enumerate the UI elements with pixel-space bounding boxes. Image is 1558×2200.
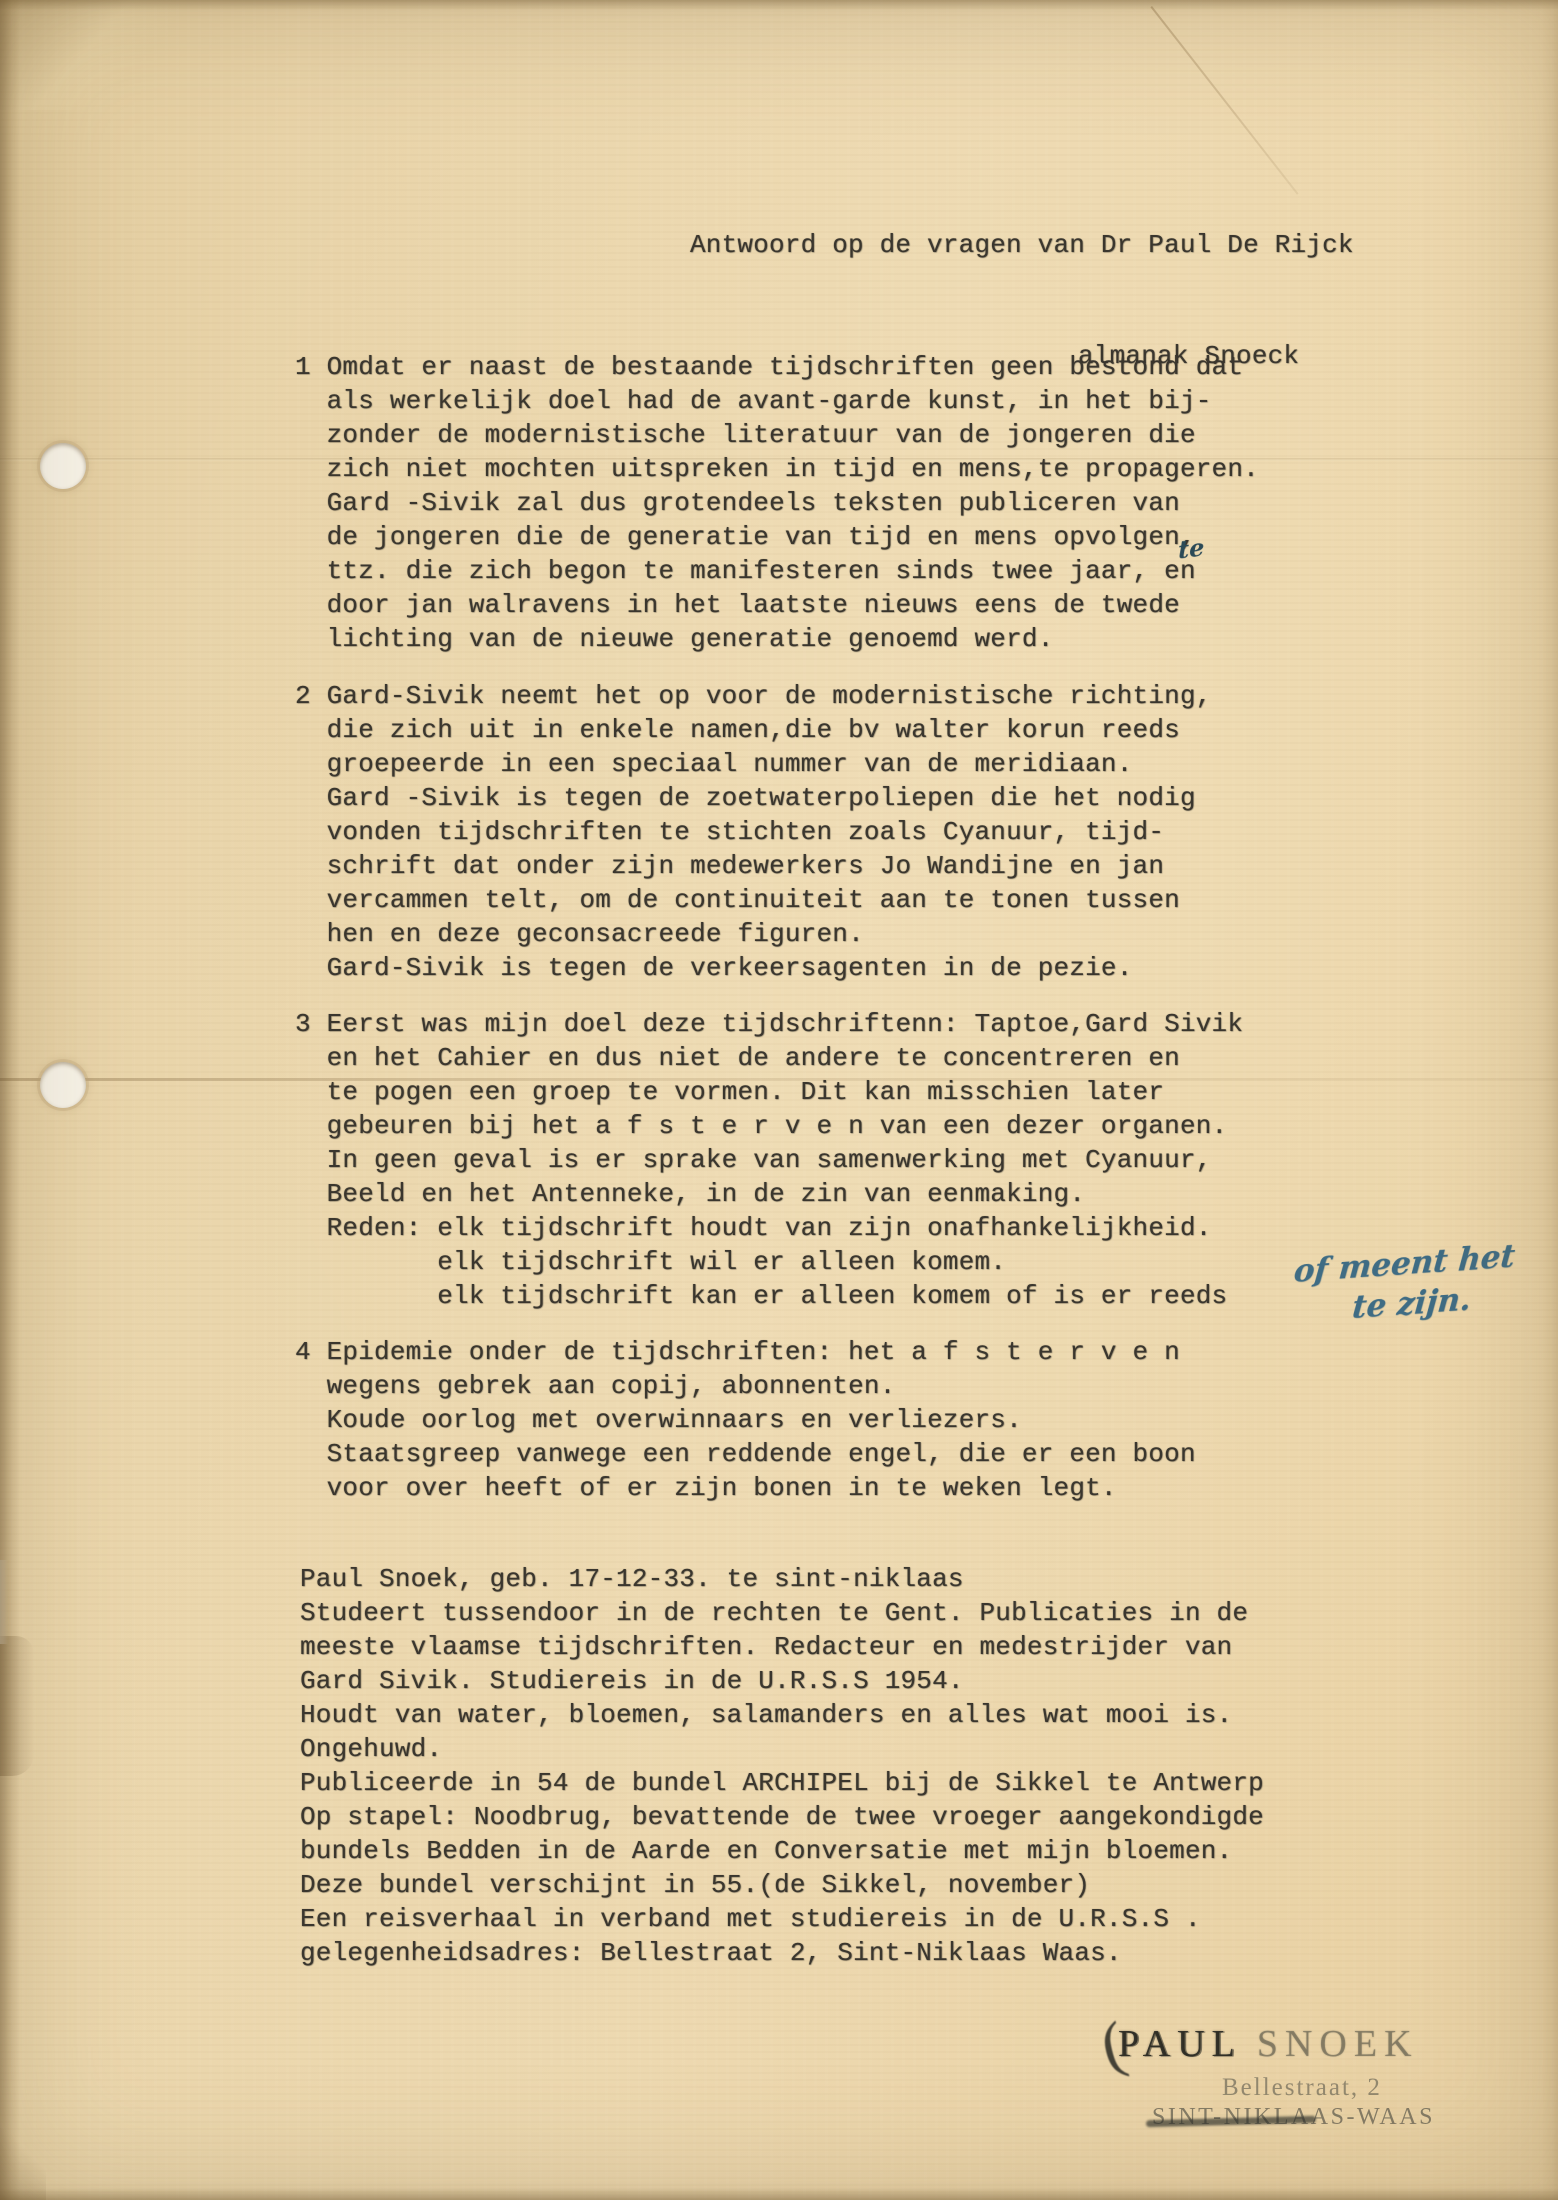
stamp-last-name: SNOEK xyxy=(1257,2023,1419,2065)
handwritten-insertion-te: te xyxy=(1178,532,1205,564)
text-line: lichting van de nieuwe generatie genoemd… xyxy=(295,622,1259,656)
paragraph-1: 1 Omdat er naast de bestaande tijdschrif… xyxy=(295,350,1259,656)
stamp-city-line: SINT-NIKLAAS-WAAS xyxy=(1152,2104,1498,2131)
text-line: Studeert tussendoor in de rechten te Gen… xyxy=(300,1596,1264,1630)
text-line: te pogen een groep te vormen. Dit kan mi… xyxy=(295,1075,1243,1109)
text-line: en het Cahier en dus niet de andere te c… xyxy=(295,1041,1243,1075)
text-line: Paul Snoek, geb. 17-12-33. te sint-nikla… xyxy=(300,1562,1264,1596)
paragraph-2: 2 Gard-Sivik neemt het op voor de modern… xyxy=(295,679,1212,985)
document-page: Antwoord op de vragen van Dr Paul De Rij… xyxy=(0,0,1558,2200)
text-line: als werkelijk doel had de avant-garde ku… xyxy=(295,384,1259,418)
stamp-street-line: Bellestraat, 2 xyxy=(1222,2074,1498,2102)
text-line: Publiceerde in 54 de bundel ARCHIPEL bij… xyxy=(300,1766,1264,1800)
punch-hole-bottom xyxy=(40,1062,86,1108)
fold-crease-top-left xyxy=(0,0,230,110)
bottom-edge-shadow xyxy=(0,2188,1558,2200)
stamp-name-line: PAUL SNOEK xyxy=(1118,2022,1498,2066)
text-line: bundels Bedden in de Aarde en Conversati… xyxy=(300,1834,1264,1868)
text-line: Deze bundel verschijnt in 55.(de Sikkel,… xyxy=(300,1868,1264,1902)
text-line: hen en deze geconsacreede figuren. xyxy=(295,917,1212,951)
text-line: die zich uit in enkele namen,die bv walt… xyxy=(295,713,1212,747)
text-line: gebeuren bij het a f s t e r v e n van e… xyxy=(295,1109,1243,1143)
text-line: Ongehuwd. xyxy=(300,1732,1264,1766)
text-line: vonden tijdschriften te stichten zoals C… xyxy=(295,815,1212,849)
text-line: zonder de modernistische literatuur van … xyxy=(295,418,1259,452)
text-line: zich niet mochten uitspreken in tijd en … xyxy=(295,452,1259,486)
text-line: Op stapel: Noodbrug, bevattende de twee … xyxy=(300,1800,1264,1834)
paragraph-4: 4 Epidemie onder de tijdschriften: het a… xyxy=(295,1335,1196,1505)
text-line: Gard Sivik. Studiereis in de U.R.S.S 195… xyxy=(300,1664,1264,1698)
paragraph-3: 3 Eerst was mijn doel deze tijdschriften… xyxy=(295,1007,1243,1313)
text-line: Een reisverhaal in verband met studierei… xyxy=(300,1902,1264,1936)
text-line: In geen geval is er sprake van samenwerk… xyxy=(295,1143,1243,1177)
text-line: Koude oorlog met overwinnaars en verliez… xyxy=(295,1403,1196,1437)
text-line: schrift dat onder zijn medewerkers Jo Wa… xyxy=(295,849,1212,883)
text-line: 2 Gard-Sivik neemt het op voor de modern… xyxy=(295,679,1212,713)
text-line: Staatsgreep vanwege een reddende engel, … xyxy=(295,1437,1196,1471)
text-line: vercammen telt, om de continuiteit aan t… xyxy=(295,883,1212,917)
text-line: Gard -Sivik zal dus grotendeels teksten … xyxy=(295,486,1259,520)
text-line: elk tijdschrift kan er alleen komem of i… xyxy=(295,1279,1243,1313)
handwritten-annotation: of meent het te zijn. xyxy=(1289,1236,1517,1332)
address-stamp: ( PAUL SNOEK Bellestraat, 2 SINT-NIKLAAS… xyxy=(1118,2022,1498,2131)
header-line-1: Antwoord op de vragen van Dr Paul De Rij… xyxy=(690,227,1354,264)
text-line: Beeld en het Antenneke, in de zin van ee… xyxy=(295,1177,1243,1211)
text-line: de jongeren die de generatie van tijd en… xyxy=(295,520,1259,554)
text-line: 4 Epidemie onder de tijdschriften: het a… xyxy=(295,1335,1196,1369)
text-line: groepeerde in een speciaal nummer van de… xyxy=(295,747,1212,781)
text-line: Reden: elk tijdschrift houdt van zijn on… xyxy=(295,1211,1243,1245)
biography-section: Paul Snoek, geb. 17-12-33. te sint-nikla… xyxy=(300,1562,1264,1970)
text-line: 1 Omdat er naast de bestaande tijdschrif… xyxy=(295,350,1259,384)
text-line: elk tijdschrift wil er alleen komem. xyxy=(295,1245,1243,1279)
left-edge-shadow xyxy=(0,0,20,2200)
stamp-first-name: PAUL xyxy=(1118,2023,1240,2065)
text-line: wegens gebrek aan copij, abonnenten. xyxy=(295,1369,1196,1403)
text-line: voor over heeft of er zijn bonen in te w… xyxy=(295,1471,1196,1505)
punch-hole-top xyxy=(40,443,86,489)
text-line: 3 Eerst was mijn doel deze tijdschriften… xyxy=(295,1007,1243,1041)
text-line: Gard -Sivik is tegen de zoetwaterpoliepe… xyxy=(295,781,1212,815)
top-edge-shadow xyxy=(0,0,1558,10)
text-line: Houdt van water, bloemen, salamanders en… xyxy=(300,1698,1264,1732)
text-line: ttz. die zich begon te manifesteren sind… xyxy=(295,554,1259,588)
text-line: Gard-Sivik is tegen de verkeersagenten i… xyxy=(295,951,1212,985)
text-line: door jan walravens in het laatste nieuws… xyxy=(295,588,1259,622)
text-line: meeste vlaamse tijdschriften. Redacteur … xyxy=(300,1630,1264,1664)
text-line: gelegenheidsadres: Bellestraat 2, Sint-N… xyxy=(300,1936,1264,1970)
